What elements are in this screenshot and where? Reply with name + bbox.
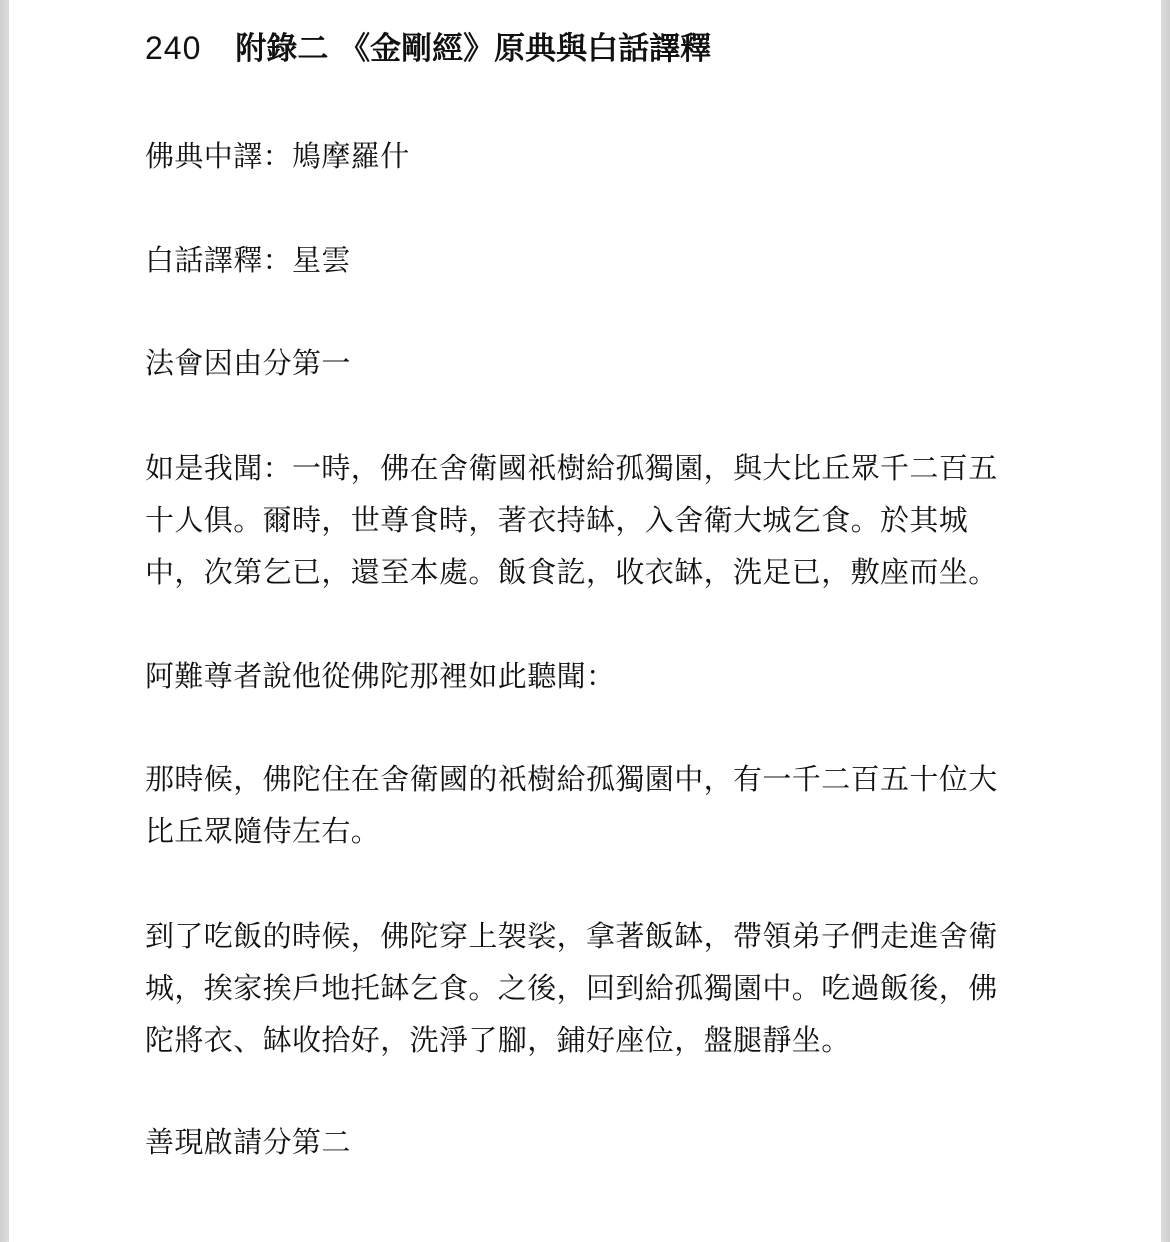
text-line: 到了吃飯的時候，佛陀穿上袈裟，拿著飯缽，帶領弟子們走進舍衛 (145, 910, 1025, 962)
text-line: 比丘眾隨侍左右。 (145, 805, 1025, 857)
translator-credit: 佛典中譯：鳩摩羅什 (145, 130, 1025, 182)
chapter-title: 附錄二 《金剛經》原典與白話譯釋 (235, 31, 711, 67)
vernacular-credit: 白話譯釋：星雲 (145, 234, 1025, 286)
text-line: 陀將衣、缽收拾好，洗淨了腳，鋪好座位，盤腿靜坐。 (145, 1014, 1025, 1066)
text-line: 中，次第乞已，還至本處。飯食訖，收衣缽，洗足已，敷座而坐。 (145, 546, 1025, 598)
document-page: 240附錄二 《金剛經》原典與白話譯釋 佛典中譯：鳩摩羅什 白話譯釋：星雲 法會… (9, 0, 1161, 1242)
text-line: 如是我聞：一時，佛在舍衛國祇樹給孤獨園，與大比丘眾千二百五 (145, 442, 1025, 494)
translation-paragraph-1: 那時候，佛陀住在舍衛國的祇樹給孤獨園中，有一千二百五十位大 比丘眾隨侍左右。 (145, 753, 1025, 857)
document-viewer[interactable]: 240附錄二 《金剛經》原典與白話譯釋 佛典中譯：鳩摩羅什 白話譯釋：星雲 法會… (0, 0, 1170, 1242)
translation-intro: 阿難尊者說他從佛陀那裡如此聽聞： (145, 650, 1025, 702)
section-heading-2: 善現啟請分第二 (145, 1116, 1025, 1168)
text-line: 城，挨家挨戶地托缽乞食。之後，回到給孤獨園中。吃過飯後，佛 (145, 962, 1025, 1014)
sutra-original-text: 如是我聞：一時，佛在舍衛國祇樹給孤獨園，與大比丘眾千二百五 十人俱。爾時，世尊食… (145, 442, 1025, 598)
text-line: 那時候，佛陀住在舍衛國的祇樹給孤獨園中，有一千二百五十位大 (145, 753, 1025, 805)
running-header: 240附錄二 《金剛經》原典與白話譯釋 (145, 26, 711, 71)
section-heading-1: 法會因由分第一 (145, 337, 1025, 389)
translation-paragraph-2: 到了吃飯的時候，佛陀穿上袈裟，拿著飯缽，帶領弟子們走進舍衛 城，挨家挨戶地托缽乞… (145, 910, 1025, 1066)
page-number: 240 (145, 30, 201, 66)
text-line: 十人俱。爾時，世尊食時，著衣持缽，入舍衛大城乞食。於其城 (145, 494, 1025, 546)
